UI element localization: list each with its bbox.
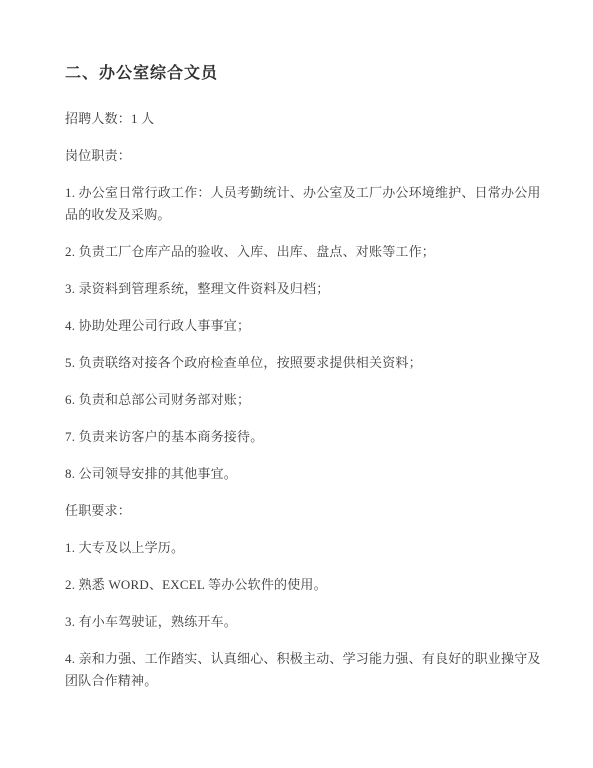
requirements-heading: 任职要求： — [65, 500, 545, 522]
duties-heading: 岗位职责： — [65, 145, 545, 167]
duty-item-7: 7. 负责来访客户的基本商务接待。 — [65, 426, 545, 448]
requirement-item-1: 1. 大专及以上学历。 — [65, 537, 545, 559]
duty-item-8: 8. 公司领导安排的其他事宜。 — [65, 463, 545, 485]
duty-item-4: 4. 协助处理公司行政人事事宜； — [65, 315, 545, 337]
page-title: 二、办公室综合文员 — [65, 62, 545, 86]
requirement-item-3: 3. 有小车驾驶证，熟练开车。 — [65, 611, 545, 633]
duty-item-1: 1. 办公室日常行政工作：人员考勤统计、办公室及工厂办公环境维护、日常办公用品的… — [65, 182, 545, 226]
duty-item-6: 6. 负责和总部公司财务部对账； — [65, 389, 545, 411]
duty-item-3: 3. 录资料到管理系统，整理文件资料及归档； — [65, 278, 545, 300]
duty-item-5: 5. 负责联络对接各个政府检查单位，按照要求提供相关资料； — [65, 352, 545, 374]
requirement-item-4: 4. 亲和力强、工作踏实、认真细心、积极主动、学习能力强、有良好的职业操守及团队… — [65, 648, 545, 692]
recruit-count-line: 招聘人数：1 人 — [65, 108, 545, 130]
document-page: 二、办公室综合文员 招聘人数：1 人 岗位职责： 1. 办公室日常行政工作：人员… — [0, 0, 593, 768]
requirement-item-2: 2. 熟悉 WORD、EXCEL 等办公软件的使用。 — [65, 574, 545, 596]
duty-item-2: 2. 负责工厂仓库产品的验收、入库、出库、盘点、对账等工作； — [65, 241, 545, 263]
